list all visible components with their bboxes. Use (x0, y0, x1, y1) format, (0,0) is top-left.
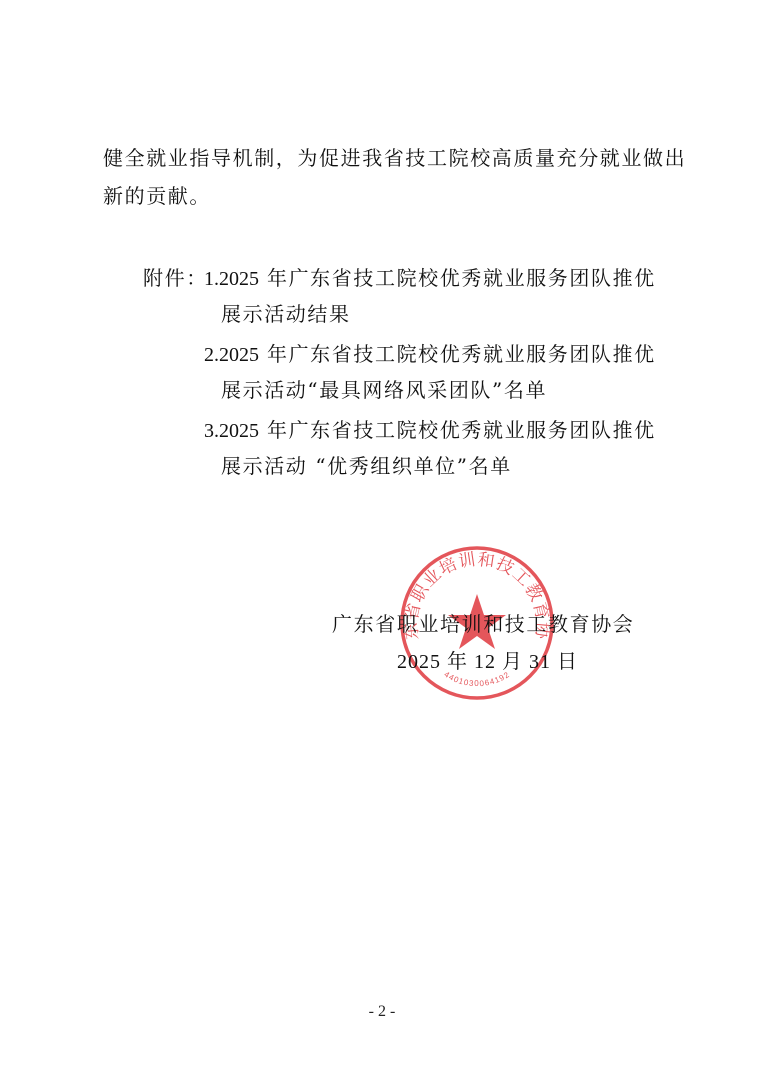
attachment-item-3-line-1: 3.2025 年广东省技工院校优秀就业服务团队推优 (204, 418, 656, 443)
signature-organization: 广东省职业培训和技工教育协会 (332, 612, 634, 636)
paragraph-line-2: 新的贡献。 (103, 184, 211, 208)
attachment-item-2-line-1: 2.2025 年广东省技工院校优秀就业服务团队推优 (204, 342, 656, 367)
attachment-item-3-line-2: 展示活动 “优秀组织单位”名单 (221, 454, 512, 478)
signature-date: 2025 年 12 月 31 日 (397, 650, 578, 674)
page-number: - 2 - (0, 1003, 764, 1021)
attachment-number: 3.2025 (204, 420, 259, 442)
attachment-title: 年广东省技工院校优秀就业服务团队推优 (267, 342, 656, 366)
paragraph-line-1: 健全就业指导机制，为促进我省技工院校高质量充分就业做出 (103, 146, 686, 170)
attachment-item-1-line-1: 1.2025 年广东省技工院校优秀就业服务团队推优 (204, 266, 656, 291)
attachments-label: 附件： (143, 266, 208, 290)
attachment-title: 年广东省技工院校优秀就业服务团队推优 (267, 418, 656, 442)
attachment-number: 1.2025 (204, 268, 259, 290)
attachment-title: 年广东省技工院校优秀就业服务团队推优 (267, 266, 656, 290)
attachment-item-2-line-2: 展示活动“最具网络风采团队”名单 (221, 378, 547, 402)
attachment-number: 2.2025 (204, 344, 259, 366)
attachment-item-1-line-2: 展示活动结果 (221, 302, 351, 326)
